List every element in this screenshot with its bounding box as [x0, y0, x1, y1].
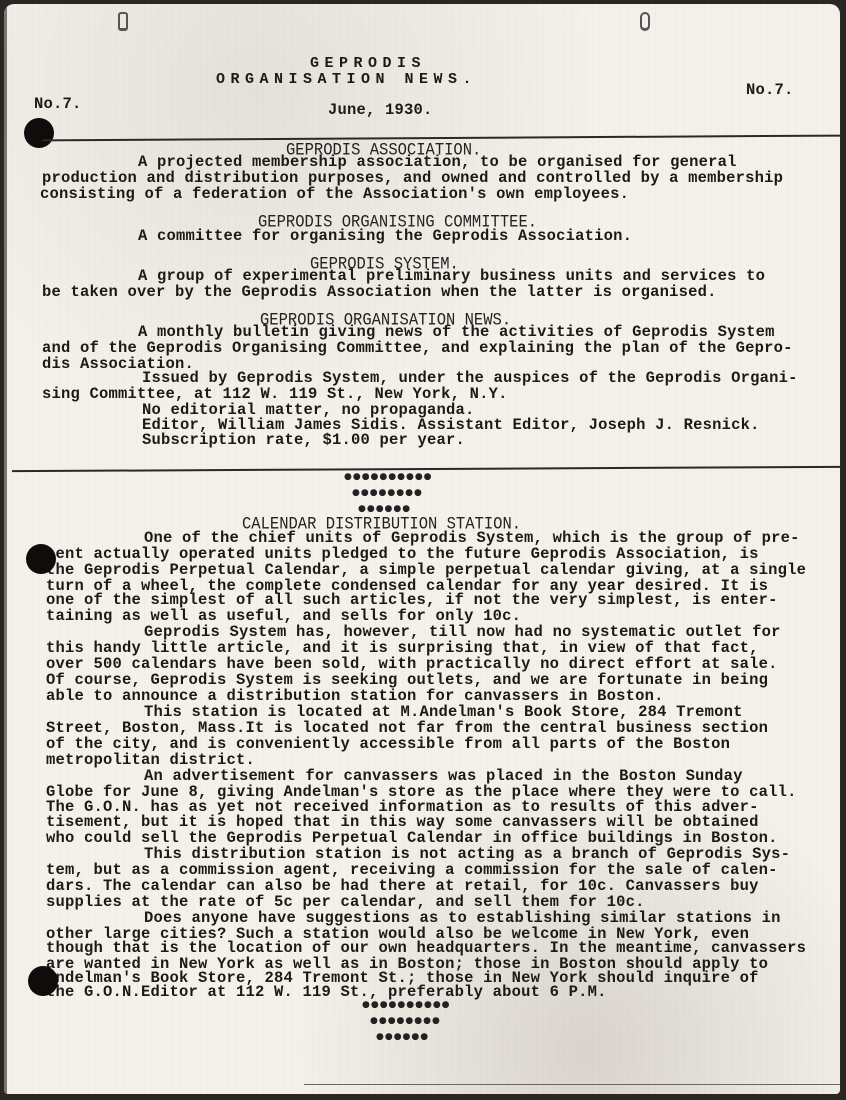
- article-line: taining as well as useful, and sells for…: [46, 608, 521, 624]
- staple-mark-icon: [118, 12, 128, 31]
- staple-mark-icon: [640, 12, 650, 31]
- article-line: able to announce a distribution station …: [46, 688, 664, 704]
- section-line: A projected membership association, to b…: [138, 154, 737, 170]
- dot-separator-row: ●●●●●●●●: [352, 488, 423, 498]
- section-line: and of the Geprodis Organising Committee…: [42, 340, 793, 356]
- masthead-title-line2: ORGANISATION NEWS.: [216, 72, 477, 88]
- subscription-rate: Subscription rate, $1.00 per year.: [142, 432, 465, 448]
- dot-separator-row: ●●●●●●: [358, 504, 411, 514]
- article-line: who could sell the Geprodis Perpetual Ca…: [46, 830, 778, 846]
- masthead-title-line1: GEPRODIS: [310, 56, 426, 72]
- article-line: Geprodis System has, however, till now h…: [144, 624, 781, 640]
- page-edge-shadow: [4, 4, 7, 1094]
- newsletter-page: GEPRODIS ORGANISATION NEWS. No.7. No.7. …: [4, 4, 840, 1094]
- article-line: the G.O.N.Editor at 112 W. 119 St., pref…: [46, 984, 607, 1000]
- article-line: of the city, and is conveniently accessi…: [46, 736, 730, 752]
- article-line: dars. The calendar can also be had there…: [46, 878, 759, 894]
- publisher-line: Issued by Geprodis System, under the aus…: [142, 370, 798, 386]
- dot-separator-row: ●●●●●●●●●●: [344, 472, 433, 482]
- dot-separator-row: ●●●●●●●●●●: [362, 1000, 451, 1010]
- article-line: Of course, Geprodis System is seeking ou…: [46, 672, 768, 688]
- article-line: tem, but as a commission agent, receivin…: [46, 862, 778, 878]
- section-line: A group of experimental preliminary busi…: [138, 268, 765, 284]
- publisher-line: sing Committee, at 112 W. 119 St., New Y…: [42, 386, 508, 402]
- section-line: A committee for organising the Geprodis …: [138, 228, 632, 244]
- section-line: A monthly bulletin giving news of the ac…: [138, 324, 775, 340]
- article-line: this handy little article, and it is sur…: [46, 640, 759, 656]
- dot-separator-row: ●●●●●●: [376, 1032, 429, 1042]
- article-line: This station is located at M.Andelman's …: [144, 704, 743, 720]
- section-line: consisting of a federation of the Associ…: [40, 186, 629, 202]
- issue-number-left: No.7.: [34, 96, 82, 112]
- punch-hole-icon: [24, 118, 54, 148]
- article-line: This distribution station is not acting …: [144, 846, 790, 862]
- punch-hole-icon: [26, 544, 56, 574]
- dot-separator-row: ●●●●●●●●: [370, 1016, 441, 1026]
- punch-hole-icon: [28, 966, 58, 996]
- article-line: sent actually operated units pledged to …: [46, 546, 759, 562]
- issue-number-right: No.7.: [746, 82, 794, 98]
- issue-date: June, 1930.: [328, 102, 433, 118]
- article-line: metropolitan district.: [46, 752, 255, 768]
- article-line: the Geprodis Perpetual Calendar, a simpl…: [46, 562, 806, 578]
- section-line: production and distribution purposes, an…: [42, 170, 783, 186]
- article-line: An advertisement for canvassers was plac…: [144, 768, 743, 784]
- bottom-edge-line: [304, 1084, 840, 1085]
- section-line: be taken over by the Geprodis Associatio…: [42, 284, 717, 300]
- article-line: tisement, but it is hoped that in this w…: [46, 814, 759, 830]
- article-line: supplies at the rate of 5c per calendar,…: [46, 894, 645, 910]
- article-line: though that is the location of our own h…: [46, 940, 806, 956]
- article-line: Street, Boston, Mass.It is located not f…: [46, 720, 768, 736]
- article-line: One of the chief units of Geprodis Syste…: [144, 530, 800, 546]
- article-line: over 500 calendars have been sold, with …: [46, 656, 778, 672]
- article-line: Does anyone have suggestions as to estab…: [144, 910, 781, 926]
- article-line: one of the simplest of all such articles…: [46, 592, 778, 608]
